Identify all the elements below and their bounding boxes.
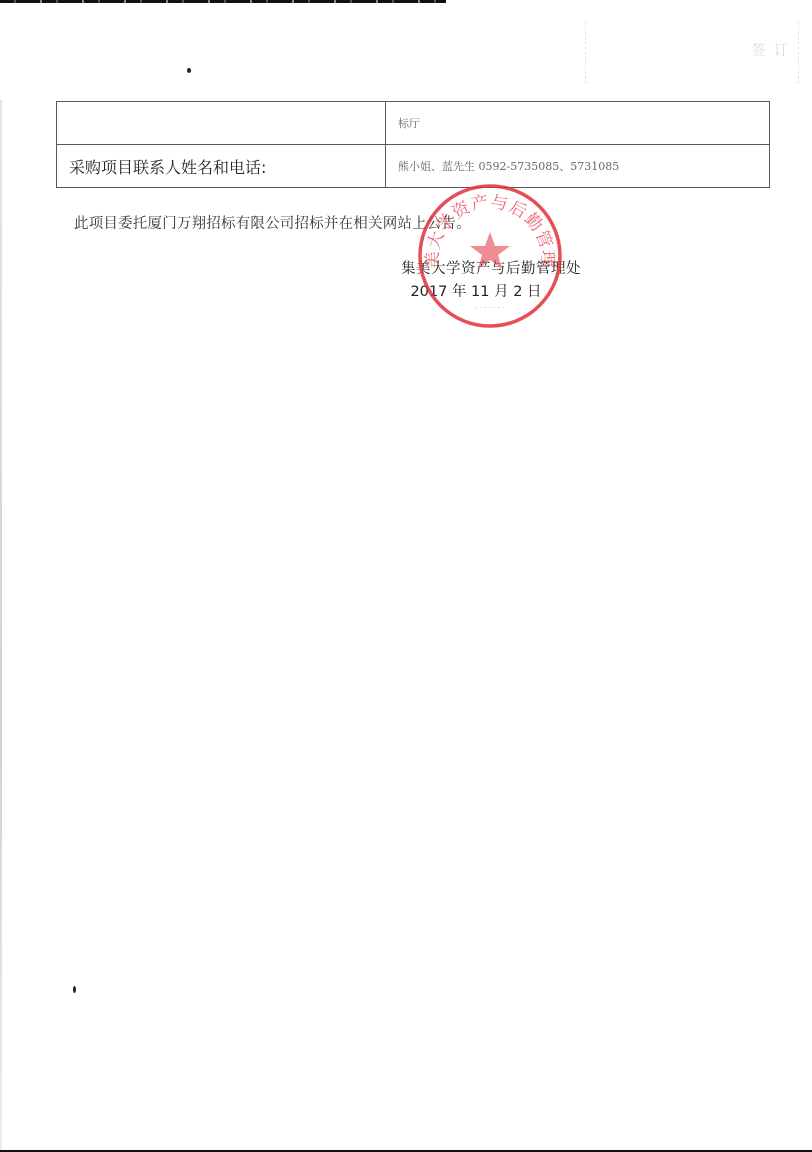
- contact-value: 熊小姐、蓝先生 0592-5735085、5731085: [386, 145, 770, 188]
- table-cell-value: 标厅: [386, 102, 770, 145]
- contact-label: 采购项目联系人姓名和电话:: [57, 145, 386, 188]
- signature-block: 集美大学资产与后勤管理处 2017 年 11 月 2 日: [401, 257, 581, 301]
- scan-top-edge: [0, 0, 446, 3]
- table-row: 标厅: [57, 102, 770, 145]
- faint-header-watermark: 签 订: [585, 22, 799, 84]
- table-cell-label: [57, 102, 386, 145]
- scan-speck: [187, 68, 191, 73]
- table-row: 采购项目联系人姓名和电话: 熊小姐、蓝先生 0592-5735085、57310…: [57, 145, 770, 188]
- official-seal-icon: 集美大学资产与后勤管理处 · · · · · · ·: [416, 182, 564, 330]
- signature-organization: 集美大学资产与后勤管理处: [401, 257, 581, 278]
- notice-text: 此项目委托厦门万翔招标有限公司招标并在相关网站上公告。: [74, 212, 471, 233]
- info-table: 标厅 采购项目联系人姓名和电话: 熊小姐、蓝先生 0592-5735085、57…: [56, 101, 770, 188]
- scan-left-edge: [0, 100, 2, 1150]
- scan-speck: [73, 986, 76, 993]
- signature-date: 2017 年 11 月 2 日: [371, 280, 581, 301]
- faint-header-text: 签 订: [752, 40, 790, 60]
- svg-text:· · · · · · ·: · · · · · · ·: [476, 304, 505, 312]
